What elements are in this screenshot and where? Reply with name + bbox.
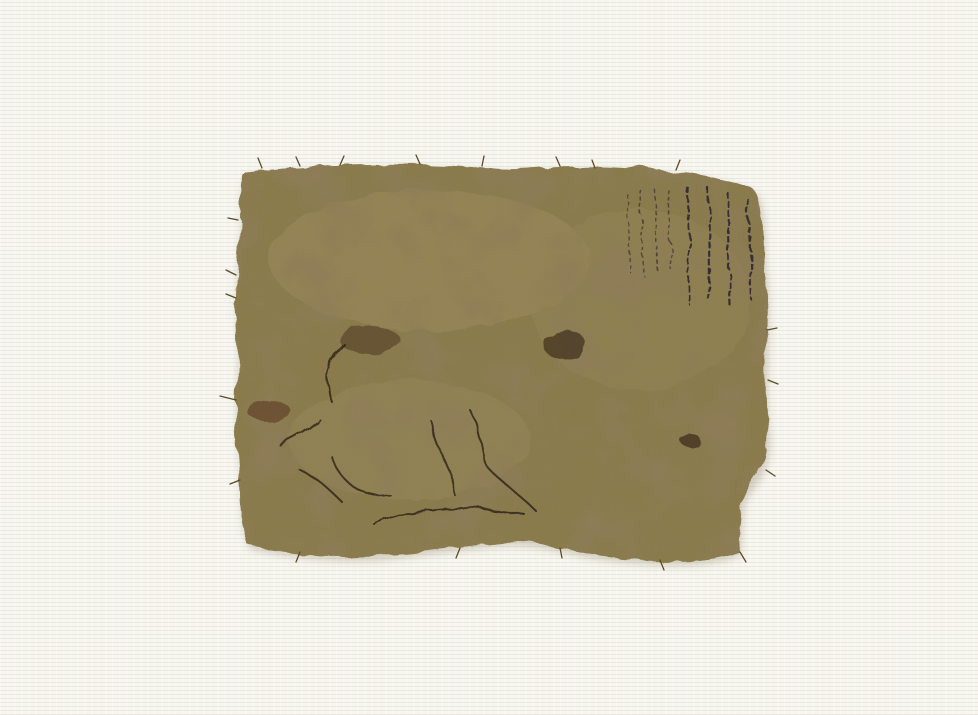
manuscript-sheet (220, 150, 790, 580)
manuscript-photo (0, 0, 978, 715)
